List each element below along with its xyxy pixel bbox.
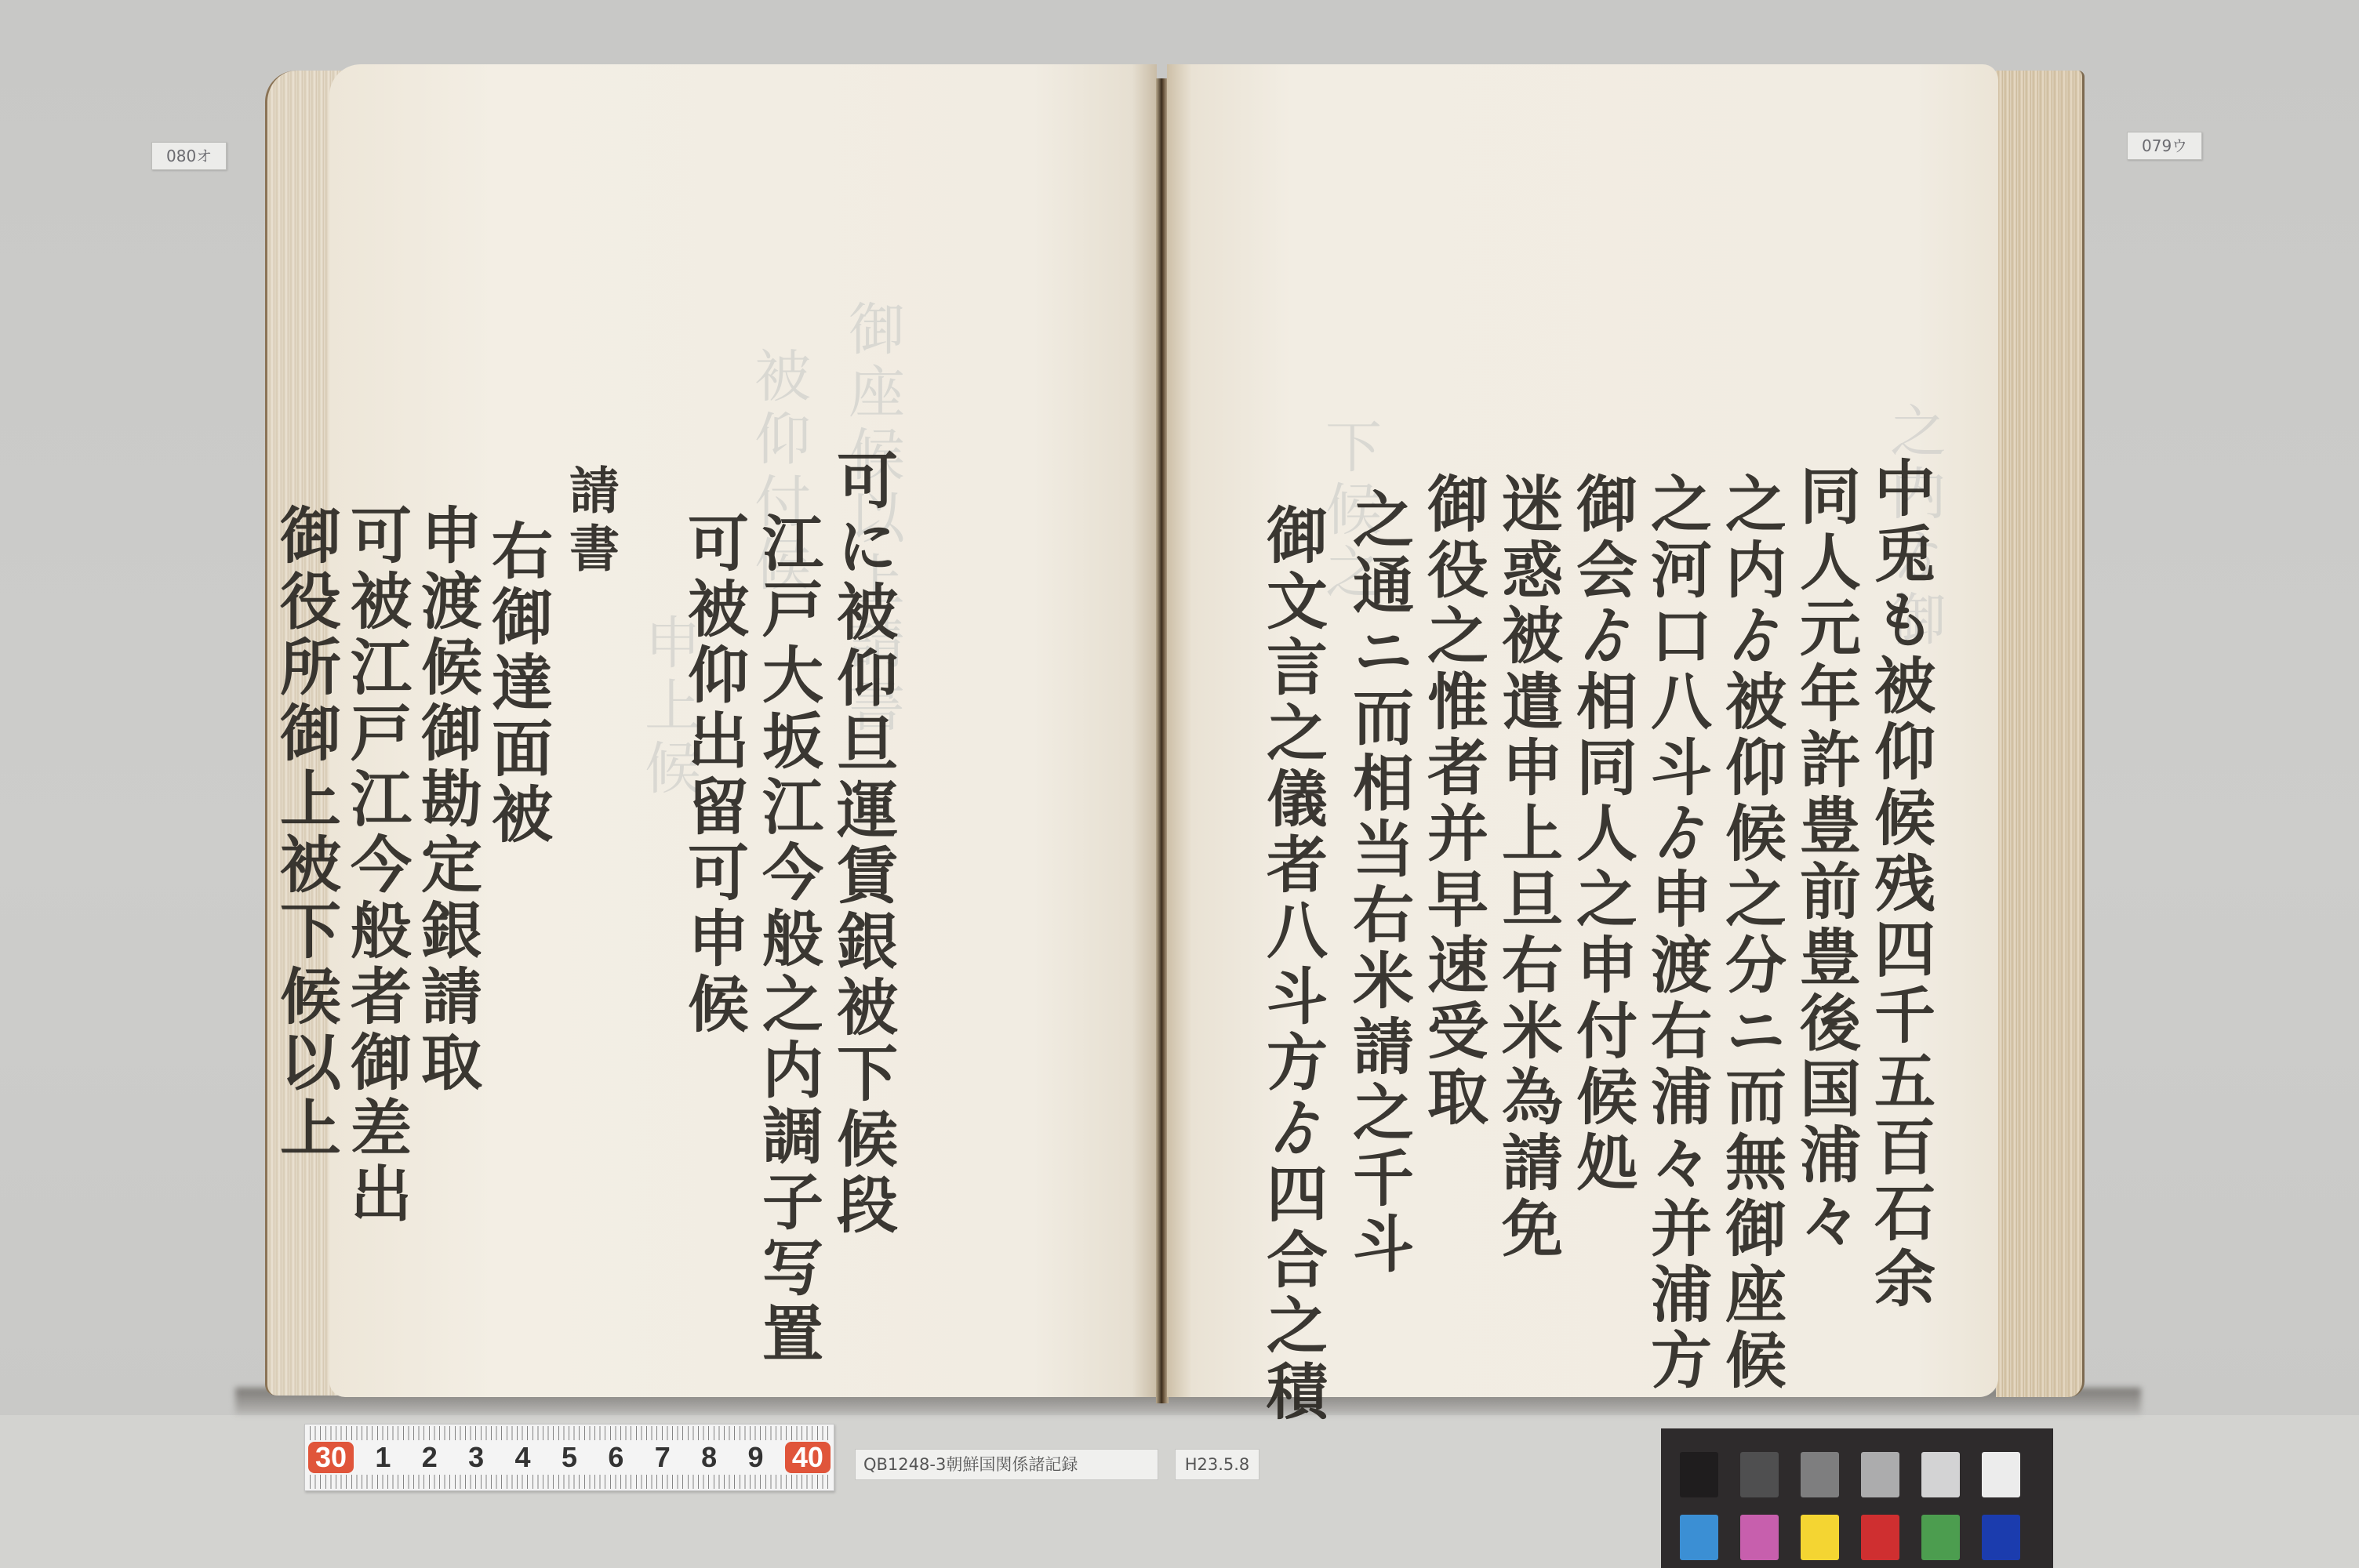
ruler-ticks-bottom <box>310 1475 829 1489</box>
color-swatch-blue <box>1982 1515 2020 1560</box>
gray-swatch <box>1801 1452 1839 1497</box>
ruler-number: 4 <box>506 1441 540 1474</box>
page-edges-right <box>1996 71 2085 1397</box>
catalog-label: QB1248-3朝鮮国関係諸記録 <box>855 1449 1158 1480</box>
ruler-number: 1 <box>365 1441 400 1474</box>
text-column: 御会ゟ相同人之申付候処 <box>1571 472 1632 1196</box>
gray-swatch <box>1982 1452 2020 1497</box>
date-label: H23.5.8 <box>1175 1449 1259 1480</box>
text-column: 中兎も被仰候残四千五百石余 <box>1869 456 1930 1312</box>
text-column: 御役所御上被下候以上 <box>274 503 336 1162</box>
text-column: 御文言之儀者八斗方ゟ四合之積 <box>1261 503 1322 1425</box>
text-column-heading: 請書 <box>565 464 615 580</box>
ruler-number: 6 <box>598 1441 633 1474</box>
gray-swatch <box>1740 1452 1779 1497</box>
measurement-ruler: 30 1 2 3 4 5 6 7 8 9 40 <box>304 1424 834 1491</box>
left-page: 御座候以上請書 被仰付候 申上候 可に被仰旦運賃銀被下候段 江戸大坂江今般之内調… <box>329 64 1157 1397</box>
ruler-end-label: 40 <box>785 1442 831 1473</box>
text-column: 同人元年許豊前豊後国浦々 <box>1794 464 1856 1254</box>
text-column: 右御達面被 <box>486 519 547 848</box>
gray-swatch <box>1680 1452 1718 1497</box>
folio-label-right: 079ウ <box>2127 132 2202 160</box>
ruler-number: 7 <box>645 1441 680 1474</box>
ruler-number: 8 <box>692 1441 726 1474</box>
gray-swatch <box>1921 1452 1960 1497</box>
color-swatch-cyan <box>1680 1515 1718 1560</box>
ruler-number: 5 <box>552 1441 587 1474</box>
color-swatch-yellow <box>1801 1515 1839 1560</box>
text-column: 之河口八斗ゟ申渡右浦々并浦方 <box>1645 472 1707 1394</box>
text-column: 御役之惟者并早速受取 <box>1422 472 1483 1131</box>
color-swatch-green <box>1921 1515 1960 1560</box>
text-column: 江戸大坂江今般之内調子写置 <box>757 511 818 1367</box>
folio-label-left: 080オ <box>151 142 227 170</box>
ruler-number: 3 <box>459 1441 493 1474</box>
ruler-ticks-top <box>310 1426 829 1440</box>
text-column: 可に被仰旦運賃銀被下候段 <box>831 448 892 1239</box>
text-column: 可被江戸江今般者御差出 <box>345 503 406 1228</box>
text-column: 申渡候御勘定銀請取 <box>416 503 477 1096</box>
text-column: 之内ゟ被仰候之分ニ而無御座候 <box>1720 472 1781 1394</box>
right-page: 之内ゟ御 下候之 中兎も被仰候残四千五百石余 同人元年許豊前豊後国浦々 之内ゟ被… <box>1167 64 1998 1397</box>
ruler-number: 2 <box>413 1441 447 1474</box>
text-column: 可被仰出留可申候 <box>682 511 743 1038</box>
color-checker <box>1661 1428 2053 1568</box>
color-swatch-magenta <box>1740 1515 1779 1560</box>
ruler-start-label: 30 <box>308 1442 354 1473</box>
text-column: 迷惑被遣申上旦右米為請免 <box>1496 472 1558 1262</box>
gray-swatch <box>1861 1452 1899 1497</box>
ruler-number: 9 <box>739 1441 773 1474</box>
color-swatch-red <box>1861 1515 1899 1560</box>
ruler-numbers: 30 1 2 3 4 5 6 7 8 9 40 <box>308 1440 831 1475</box>
text-column: 之通ニ而相当右米請之千斗 <box>1347 488 1408 1278</box>
